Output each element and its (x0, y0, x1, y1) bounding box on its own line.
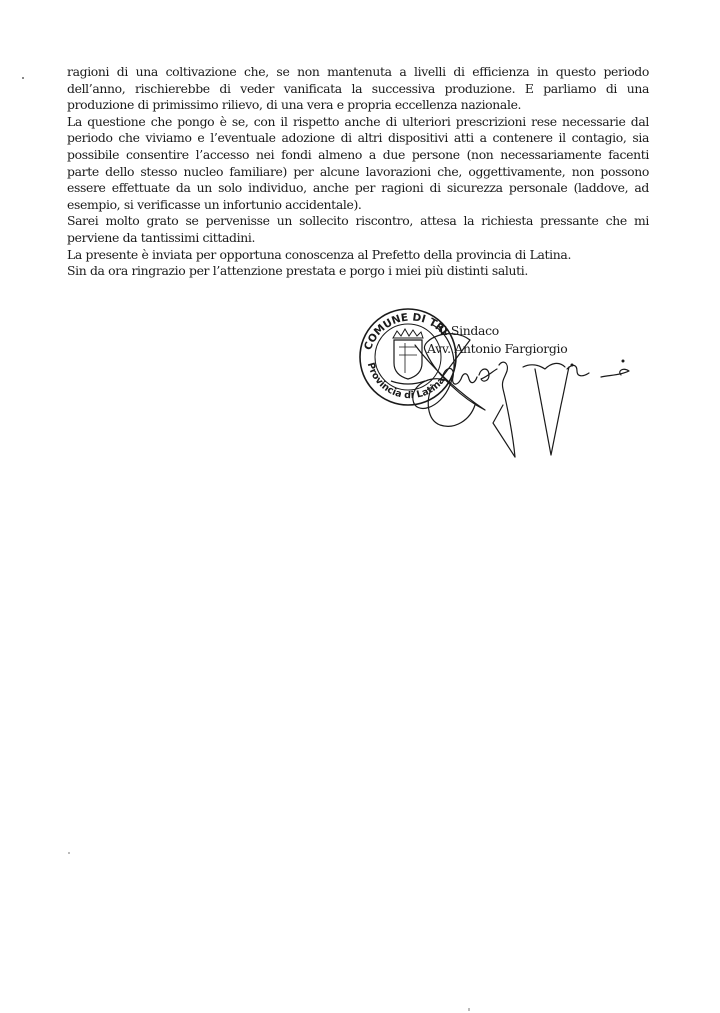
text-line: ragioni di una coltivazione che, se non … (67, 64, 649, 81)
scan-speck (468, 1008, 470, 1011)
text-line: esempio, si verificasse un infortunio ac… (67, 197, 649, 214)
signature-block: COMUNE DI TRI Provincia di Latina Il Sin… (355, 305, 645, 465)
text-line: Sin da ora ringrazio per l’attenzione pr… (67, 263, 649, 280)
text-line: produzione di primissimo rilievo, di una… (67, 97, 649, 114)
text-line: possibile consentire l’accesso nei fondi… (67, 147, 649, 164)
text-line: parte dello stesso nucleo familiare) per… (67, 164, 649, 181)
text-line: perviene da tantissimi cittadini. (67, 230, 649, 247)
text-line: dell’anno, rischierebbe di veder vanific… (67, 81, 649, 98)
text-line: essere effettuate da un solo individuo, … (67, 180, 649, 197)
scan-speck (22, 77, 24, 79)
text-line: La questione che pongo è se, con il risp… (67, 114, 649, 131)
handwritten-signature-icon (355, 305, 645, 465)
document-page: ragioni di una coltivazione che, se non … (0, 0, 720, 1013)
text-line: La presente è inviata per opportuna cono… (67, 247, 649, 264)
text-line: periodo che viviamo e l’eventuale adozio… (67, 130, 649, 147)
text-line: Sarei molto grato se pervenisse un solle… (67, 213, 649, 230)
letter-body: ragioni di una coltivazione che, se non … (67, 64, 649, 280)
scan-speck (68, 852, 70, 854)
